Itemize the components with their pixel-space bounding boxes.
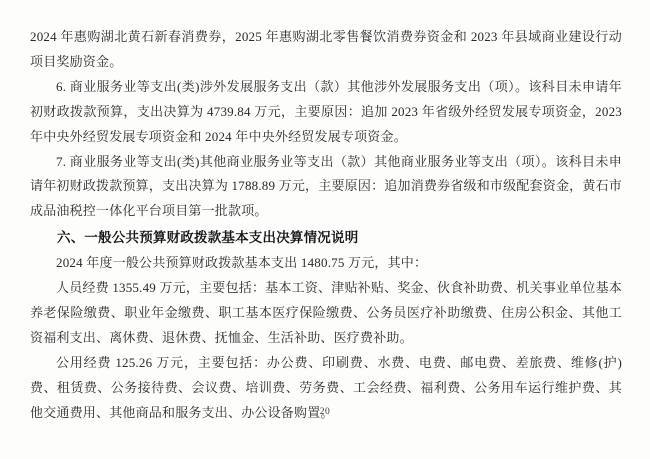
- page-number: 20: [0, 407, 650, 417]
- paragraph-basic-expenditure-total: 2024 年度一般公共预算财政拨款基本支出 1480.75 万元，其中：: [30, 251, 622, 276]
- document-page: 2024 年惠购湖北黄石新春消费券，2025 年惠购湖北零售餐饮消费券资金和 2…: [0, 0, 650, 459]
- paragraph-personnel-funds: 人员经费 1355.49 万元，主要包括：基本工资、津贴补贴、奖金、伙食补助费、…: [30, 276, 622, 351]
- paragraph-item-6-foreign-development-expenditure: 6. 商业服务业等支出(类)涉外发展服务支出（款）其他涉外发展服务支出（项）。该…: [30, 75, 622, 150]
- paragraph-voucher-funds-continuation: 2024 年惠购湖北黄石新春消费券，2025 年惠购湖北零售餐饮消费券资金和 2…: [30, 25, 622, 75]
- paragraph-item-7-other-commercial-expenditure: 7. 商业服务业等支出(类)其他商业服务业等支出（款）其他商业服务业等支出（项）…: [30, 150, 622, 225]
- text-column: 2024 年惠购湖北黄石新春消费券，2025 年惠购湖北零售餐饮消费券资金和 2…: [30, 25, 622, 426]
- section-heading-basic-expenditure: 六、一般公共预算财政拨款基本支出决算情况说明: [30, 226, 622, 251]
